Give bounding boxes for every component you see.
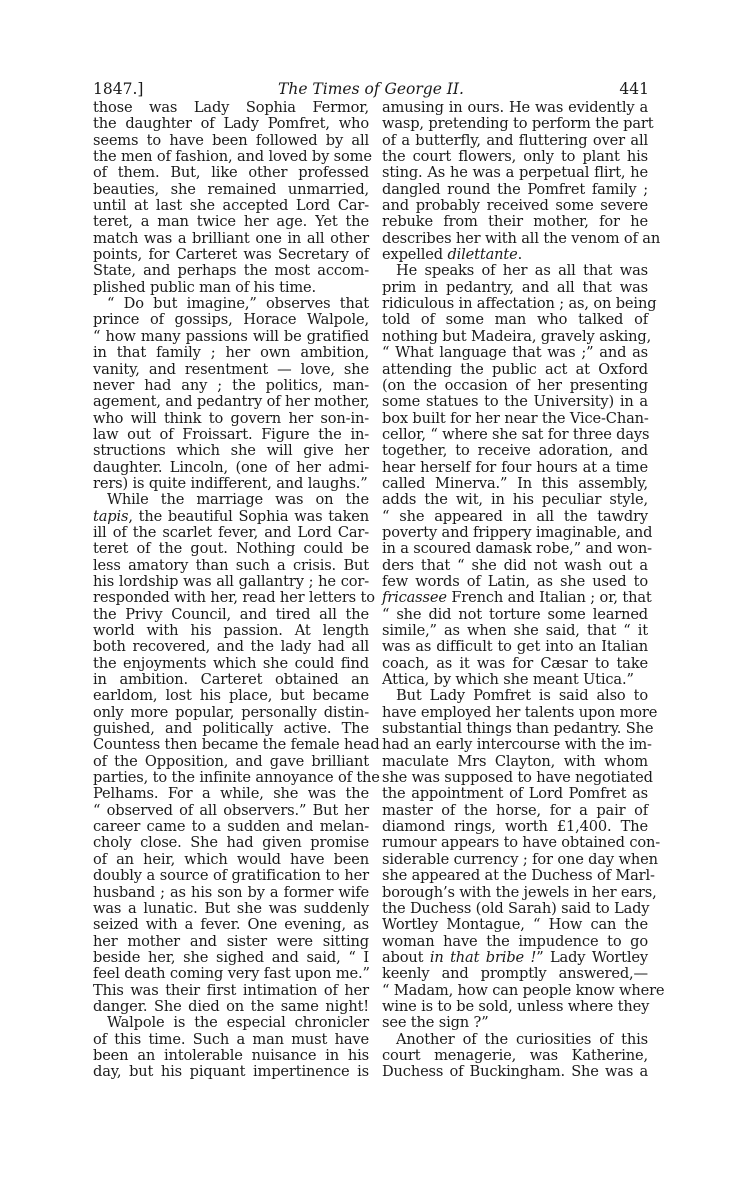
text-line: “ Do but imagine,” observes that bbox=[93, 296, 369, 312]
text-line: borough’s with the jewels in her ears, bbox=[382, 885, 648, 901]
text-line: less amatory than such a crisis. But bbox=[93, 558, 369, 574]
text-line: rebuke from their mother, for he bbox=[382, 214, 648, 230]
text-line: tapis, the beautiful Sophia was taken bbox=[93, 509, 369, 525]
text-line: husband ; as his son by a former wife bbox=[93, 885, 369, 901]
text-line: nothing but Madeira, gravely asking, bbox=[382, 329, 648, 345]
text-line: This was their first intimation of her bbox=[93, 983, 369, 999]
text-line: rers) is quite indifferent, and laughs.” bbox=[93, 476, 369, 492]
text-line: the daughter of Lady Pomfret, who bbox=[93, 116, 369, 132]
text-line: only more popular, personally distin- bbox=[93, 705, 369, 721]
text-line: beside her, she sighed and said, “ I bbox=[93, 950, 369, 966]
italic-term: tapis bbox=[93, 508, 128, 525]
text-line: expelled dilettante. bbox=[382, 247, 648, 263]
text-line: “ she did not torture some learned bbox=[382, 607, 648, 623]
text-line: Wortley Montague, “ How can the bbox=[382, 917, 648, 933]
text-line: siderable currency ; for one day when bbox=[382, 852, 648, 868]
italic-term: fricassee bbox=[382, 589, 447, 606]
text-line: poverty and frippery imaginable, and bbox=[382, 525, 648, 541]
text-line: in that family ; her own ambition, bbox=[93, 345, 369, 361]
text-line: Attica, by which she meant Utica.” bbox=[382, 672, 648, 688]
text-line: law out of Froissart. Figure the in- bbox=[93, 427, 369, 443]
text-line: prince of gossips, Horace Walpole, bbox=[93, 312, 369, 328]
text-line: ill of the scarlet fever, and Lord Car- bbox=[93, 525, 369, 541]
text-line: Countess then became the female head bbox=[93, 737, 369, 753]
text-line: teret, a man twice her age. Yet the bbox=[93, 214, 369, 230]
text-line: keenly and promptly answered,— bbox=[382, 966, 648, 982]
text-line: her mother and sister were sitting bbox=[93, 934, 369, 950]
text-line: doubly a source of gratification to her bbox=[93, 868, 369, 884]
text-line: But Lady Pomfret is said also to bbox=[382, 688, 648, 704]
text-line: daughter. Lincoln, (one of her admi- bbox=[93, 460, 369, 476]
text-line: told of some man who talked of bbox=[382, 312, 648, 328]
text-line: Pelhams. For a while, she was the bbox=[93, 786, 369, 802]
text-line: of this time. Such a man must have bbox=[93, 1032, 369, 1048]
text-line: “ how many passions will be gratified bbox=[93, 329, 369, 345]
text-line: feel death coming very fast upon me.” bbox=[93, 966, 369, 982]
text-line: in a scoured damask robe,” and won- bbox=[382, 541, 648, 557]
text-line: “ What language that was ;” and as bbox=[382, 345, 648, 361]
text-line: ridiculous in affectation ; as, on being bbox=[382, 296, 648, 312]
text-line: who will think to govern her son-in- bbox=[93, 411, 369, 427]
text-line: (on the occasion of her presenting bbox=[382, 378, 648, 394]
text-column-right: amusing in ours. He was evidently awasp,… bbox=[382, 100, 648, 1081]
text-line: simile,” as when she said, that “ it bbox=[382, 623, 648, 639]
text-line: He speaks of her as all that was bbox=[382, 263, 648, 279]
text-line: world with his passion. At length bbox=[93, 623, 369, 639]
text-line: amusing in ours. He was evidently a bbox=[382, 100, 648, 116]
text-line: “ she appeared in all the tawdry bbox=[382, 509, 648, 525]
text-line: she appeared at the Duchess of Marl- bbox=[382, 868, 648, 884]
text-line: prim in pedantry, and all that was bbox=[382, 280, 648, 296]
text-line: substantial things than pedantry. She bbox=[382, 721, 648, 737]
text-line: seems to have been followed by all bbox=[93, 133, 369, 149]
text-line: sting. As he was a perpetual flirt, he bbox=[382, 165, 648, 181]
text-line: maculate Mrs Clayton, with whom bbox=[382, 754, 648, 770]
text-line: hear herself for four hours at a time bbox=[382, 460, 648, 476]
text-line: rumour appears to have obtained con- bbox=[382, 835, 648, 851]
text-line: both recovered, and the lady had all bbox=[93, 639, 369, 655]
text-line: attending the public act at Oxford bbox=[382, 362, 648, 378]
text-line: fricassee French and Italian ; or, that bbox=[382, 590, 648, 606]
text-line: Duchess of Buckingham. She was a bbox=[382, 1064, 648, 1080]
text-line: match was a brilliant one in all other bbox=[93, 231, 369, 247]
text-line: coach, as it was for Cæsar to take bbox=[382, 656, 648, 672]
text-line: career came to a sudden and melan- bbox=[93, 819, 369, 835]
text-line: choly close. She had given promise bbox=[93, 835, 369, 851]
text-line: some statues to the University) in a bbox=[382, 394, 648, 410]
text-line: day, but his piquant impertinence is bbox=[93, 1064, 369, 1080]
text-line: structions which she will give her bbox=[93, 443, 369, 459]
text-line: Walpole is the especial chronicler bbox=[93, 1015, 369, 1031]
text-line: teret of the gout. Nothing could be bbox=[93, 541, 369, 557]
text-line: she was supposed to have negotiated bbox=[382, 770, 648, 786]
text-line: points, for Carteret was Secretary of bbox=[93, 247, 369, 263]
text-line: wasp, pretending to perform the part bbox=[382, 116, 648, 132]
text-line: have employed her talents upon more bbox=[382, 705, 648, 721]
text-line: of the Opposition, and gave brilliant bbox=[93, 754, 369, 770]
text-line: cellor, “ where she sat for three days bbox=[382, 427, 648, 443]
text-line: in ambition. Carteret obtained an bbox=[93, 672, 369, 688]
text-line: danger. She died on the same night! bbox=[93, 999, 369, 1015]
text-line: of an heir, which would have been bbox=[93, 852, 369, 868]
text-line: the men of fashion, and loved by some bbox=[93, 149, 369, 165]
text-line: woman have the impudence to go bbox=[382, 934, 648, 950]
text-line: guished, and politically active. The bbox=[93, 721, 369, 737]
text-line: parties, to the infinite annoyance of th… bbox=[93, 770, 369, 786]
text-line: the enjoyments which she could find bbox=[93, 656, 369, 672]
text-line: the Privy Council, and tired all the bbox=[93, 607, 369, 623]
text-line: earldom, lost his place, but became bbox=[93, 688, 369, 704]
text-line: While the marriage was on the bbox=[93, 492, 369, 508]
text-line: State, and perhaps the most accom- bbox=[93, 263, 369, 279]
text-line: wine is to be sold, unless where they bbox=[382, 999, 648, 1015]
text-line: called Minerva.” In this assembly, bbox=[382, 476, 648, 492]
text-line: the Duchess (old Sarah) said to Lady bbox=[382, 901, 648, 917]
text-line: together, to receive adoration, and bbox=[382, 443, 648, 459]
text-line: “ observed of all observers.” But her bbox=[93, 803, 369, 819]
text-line: beauties, she remained unmarried, bbox=[93, 182, 369, 198]
text-line: “ Madam, how can people know where bbox=[382, 983, 648, 999]
text-line: dangled round the Pomfret family ; bbox=[382, 182, 648, 198]
text-line: been an intolerable nuisance in his bbox=[93, 1048, 369, 1064]
text-line: court menagerie, was Katherine, bbox=[382, 1048, 648, 1064]
text-line: was as difficult to get into an Italian bbox=[382, 639, 648, 655]
text-line: responded with her, read her letters to bbox=[93, 590, 369, 606]
document-page: 1847.] The Times of George II. 441 those… bbox=[0, 0, 750, 1180]
running-head-title: The Times of George II. bbox=[93, 79, 649, 99]
text-line: box built for her near the Vice-Chan- bbox=[382, 411, 648, 427]
text-line: those was Lady Sophia Fermor, bbox=[93, 100, 369, 116]
text-line: agement, and pedantry of her mother, bbox=[93, 394, 369, 410]
text-line: adds the wit, in his peculiar style, bbox=[382, 492, 648, 508]
text-line: had an early intercourse with the im- bbox=[382, 737, 648, 753]
text-line: of a butterfly, and fluttering over all bbox=[382, 133, 648, 149]
text-line: was a lunatic. But she was suddenly bbox=[93, 901, 369, 917]
text-line: his lordship was all gallantry ; he cor- bbox=[93, 574, 369, 590]
italic-term: dilettante bbox=[447, 246, 517, 263]
text-line: and probably received some severe bbox=[382, 198, 648, 214]
text-line: see the sign ?” bbox=[382, 1015, 648, 1031]
text-line: never had any ; the politics, man- bbox=[93, 378, 369, 394]
text-line: the appointment of Lord Pomfret as bbox=[382, 786, 648, 802]
text-column-left: those was Lady Sophia Fermor,the daughte… bbox=[93, 100, 369, 1081]
text-line: plished public man of his time. bbox=[93, 280, 369, 296]
text-line: describes her with all the venom of an bbox=[382, 231, 648, 247]
text-line: Another of the curiosities of this bbox=[382, 1032, 648, 1048]
text-line: of them. But, like other professed bbox=[93, 165, 369, 181]
italic-term: in that bribe ! bbox=[430, 949, 536, 966]
text-line: seized with a fever. One evening, as bbox=[93, 917, 369, 933]
page-number: 441 bbox=[619, 79, 649, 99]
running-head: 1847.] The Times of George II. 441 bbox=[93, 79, 649, 99]
text-line: ders that “ she did not wash out a bbox=[382, 558, 648, 574]
text-line: until at last she accepted Lord Car- bbox=[93, 198, 369, 214]
text-line: few words of Latin, as she used to bbox=[382, 574, 648, 590]
text-line: vanity, and resentment — love, she bbox=[93, 362, 369, 378]
text-line: the court flowers, only to plant his bbox=[382, 149, 648, 165]
text-line: about in that bribe !” Lady Wortley bbox=[382, 950, 648, 966]
text-line: master of the horse, for a pair of bbox=[382, 803, 648, 819]
text-line: diamond rings, worth £1,400. The bbox=[382, 819, 648, 835]
